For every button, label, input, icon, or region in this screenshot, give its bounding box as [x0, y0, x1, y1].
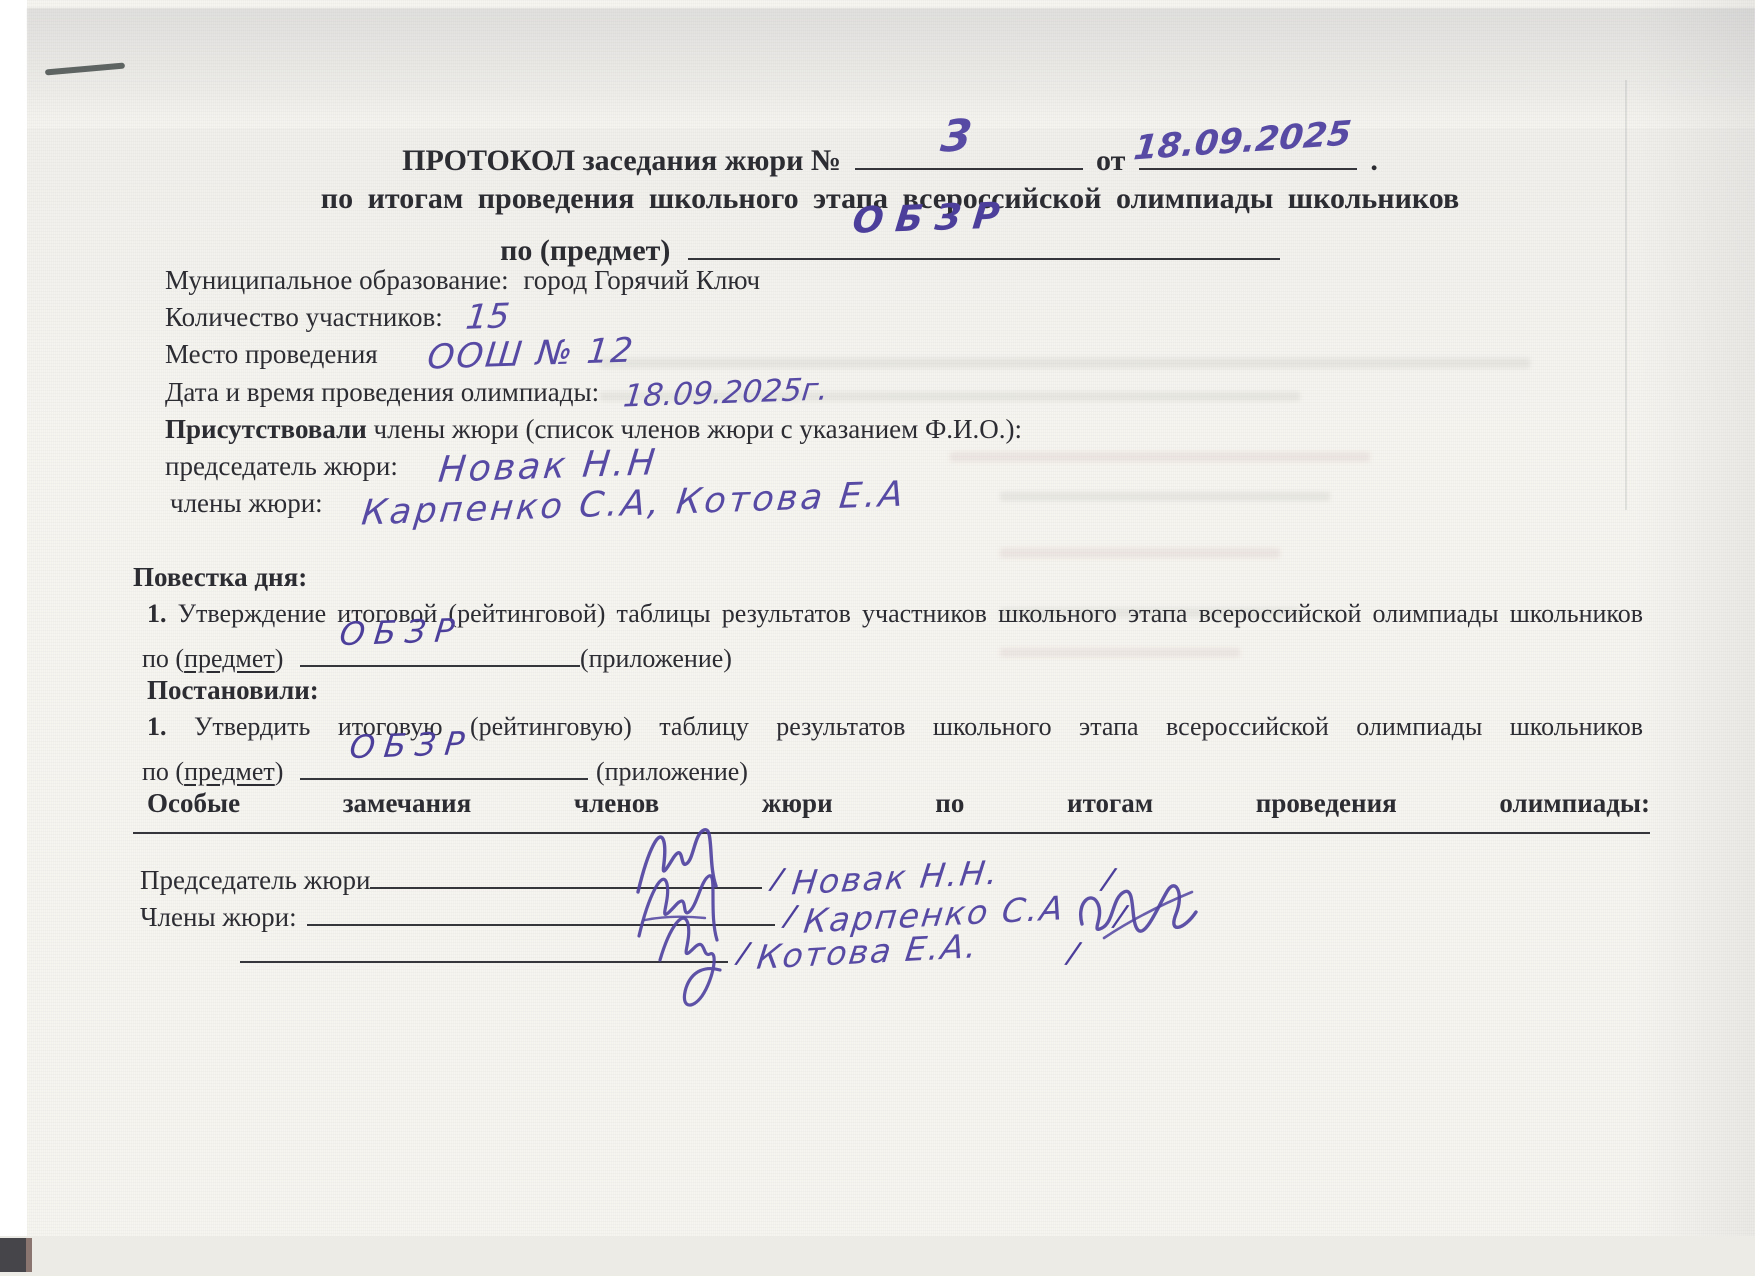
chairman-label: председатель жюри:	[165, 451, 398, 481]
resolution-po-word: предмет	[184, 757, 275, 786]
signature-name-kotova: Котова Е.А.	[755, 926, 981, 976]
title-ot: от	[1096, 144, 1125, 177]
signature-slash: /	[736, 935, 751, 971]
subject-handwritten: ОБЗР	[851, 199, 1013, 238]
chairman-line: председатель жюри: Новак Н.Н	[165, 449, 657, 484]
resolution-subject-line: по (предмет) ОБЗР (приложение)	[142, 748, 748, 789]
datetime-value-handwritten: 18.09.2025г.	[622, 372, 830, 413]
venue-line: Место проведения ООШ № 12	[165, 337, 635, 371]
signature-slash: /	[782, 898, 797, 934]
resolution-subject-blank: ОБЗР	[300, 748, 588, 780]
signature-chairman-label: Председатель жюри	[140, 865, 370, 895]
signature-members-label: Члены жюри:	[140, 902, 297, 932]
bleed-through-smudge	[1000, 648, 1240, 657]
datetime-label: Дата и время проведения олимпиады:	[165, 377, 599, 407]
municipality-value: город Горячий Ключ	[523, 265, 760, 295]
agenda-subject-handwritten: ОБЗР	[338, 613, 465, 651]
protocol-number-handwritten: 3	[939, 119, 973, 154]
remarks-blank-line	[133, 802, 1650, 834]
bleed-through-smudge	[950, 452, 1370, 462]
members-line: члены жюри: Карпенко С.А, Котова Е.А	[170, 486, 905, 521]
protocol-date-blank: 18.09.2025	[1139, 138, 1357, 170]
venue-label: Место проведения	[165, 339, 378, 369]
title-line-1: ПРОТОКОЛ заседания жюри № 3 от 18.09.202…	[133, 138, 1647, 178]
chairman-name-handwritten: Новак Н.Н	[436, 446, 659, 488]
signature-slash: /	[1100, 861, 1115, 897]
signature-row-member-2: /Котова Е.А./	[140, 932, 1088, 971]
signature-row-chairman: Председатель жюри/Новак Н.Н./	[140, 858, 1123, 897]
agenda-po-close: )	[275, 644, 284, 673]
agenda-subject-line: по (предмет) ОБЗР (приложение)	[142, 635, 732, 676]
agenda-po-word: предмет	[184, 644, 275, 673]
scan-noise-top-band	[27, 8, 1755, 128]
agenda-po-open: по (	[142, 644, 184, 673]
attendees-heading: Присутствовали	[165, 414, 367, 444]
scan-noise-right-band	[1635, 0, 1755, 1276]
resolution-subject-suffix: (приложение)	[596, 757, 748, 786]
title-prefix: ПРОТОКОЛ заседания жюри №	[402, 144, 841, 177]
resolution-po-open: по (	[142, 757, 184, 786]
title-period: .	[1370, 144, 1378, 177]
resolution-po-close: )	[275, 757, 284, 786]
signature-row-member-1: Члены жюри:/Карпенко С.А/	[140, 895, 1135, 934]
signature-slash: /	[770, 861, 785, 897]
bleed-through-smudge	[1000, 492, 1330, 501]
scanner-corner-mark	[0, 1238, 26, 1272]
bleed-through-smudge	[1000, 548, 1280, 558]
attendees-line: Присутствовали члены жюри (список членов…	[165, 412, 1022, 446]
participants-line: Количество участников: 15	[165, 300, 509, 334]
resolution-subject-handwritten: ОБЗР	[348, 726, 475, 764]
members-label: члены жюри:	[170, 488, 323, 518]
resolution-heading: Постановили:	[147, 673, 319, 707]
agenda-item-number: 1.	[147, 599, 167, 628]
protocol-number-blank: 3	[855, 138, 1083, 170]
participants-label: Количество участников:	[165, 302, 443, 332]
datetime-line: Дата и время проведения олимпиады: 18.09…	[165, 375, 828, 410]
agenda-heading: Повестка дня:	[133, 560, 307, 594]
attendees-rest: члены жюри (список членов жюри с указани…	[374, 414, 1023, 444]
municipality-line: Муниципальное образование: город Горячий…	[165, 263, 760, 297]
agenda-subject-suffix: (приложение)	[580, 644, 732, 673]
participants-value-handwritten: 15	[464, 299, 511, 334]
scanned-protocol-page: ПРОТОКОЛ заседания жюри № 3 от 18.09.202…	[0, 0, 1755, 1276]
venue-value-handwritten: ООШ № 12	[426, 333, 637, 374]
signature-slash: /	[1066, 935, 1081, 971]
title-line-3: по (предмет) ОБЗР	[133, 224, 1647, 268]
scanner-corner-mark-edge	[26, 1238, 32, 1272]
resolution-item-number: 1.	[147, 712, 167, 741]
bleed-through-smudge	[600, 358, 1530, 368]
scanner-bottom-strip	[0, 1236, 1755, 1276]
agenda-subject-blank: ОБЗР	[300, 635, 580, 667]
municipality-label: Муниципальное образование:	[165, 265, 509, 295]
subject-blank: ОБЗР	[688, 224, 1280, 260]
signature-slash: /	[1112, 898, 1127, 934]
